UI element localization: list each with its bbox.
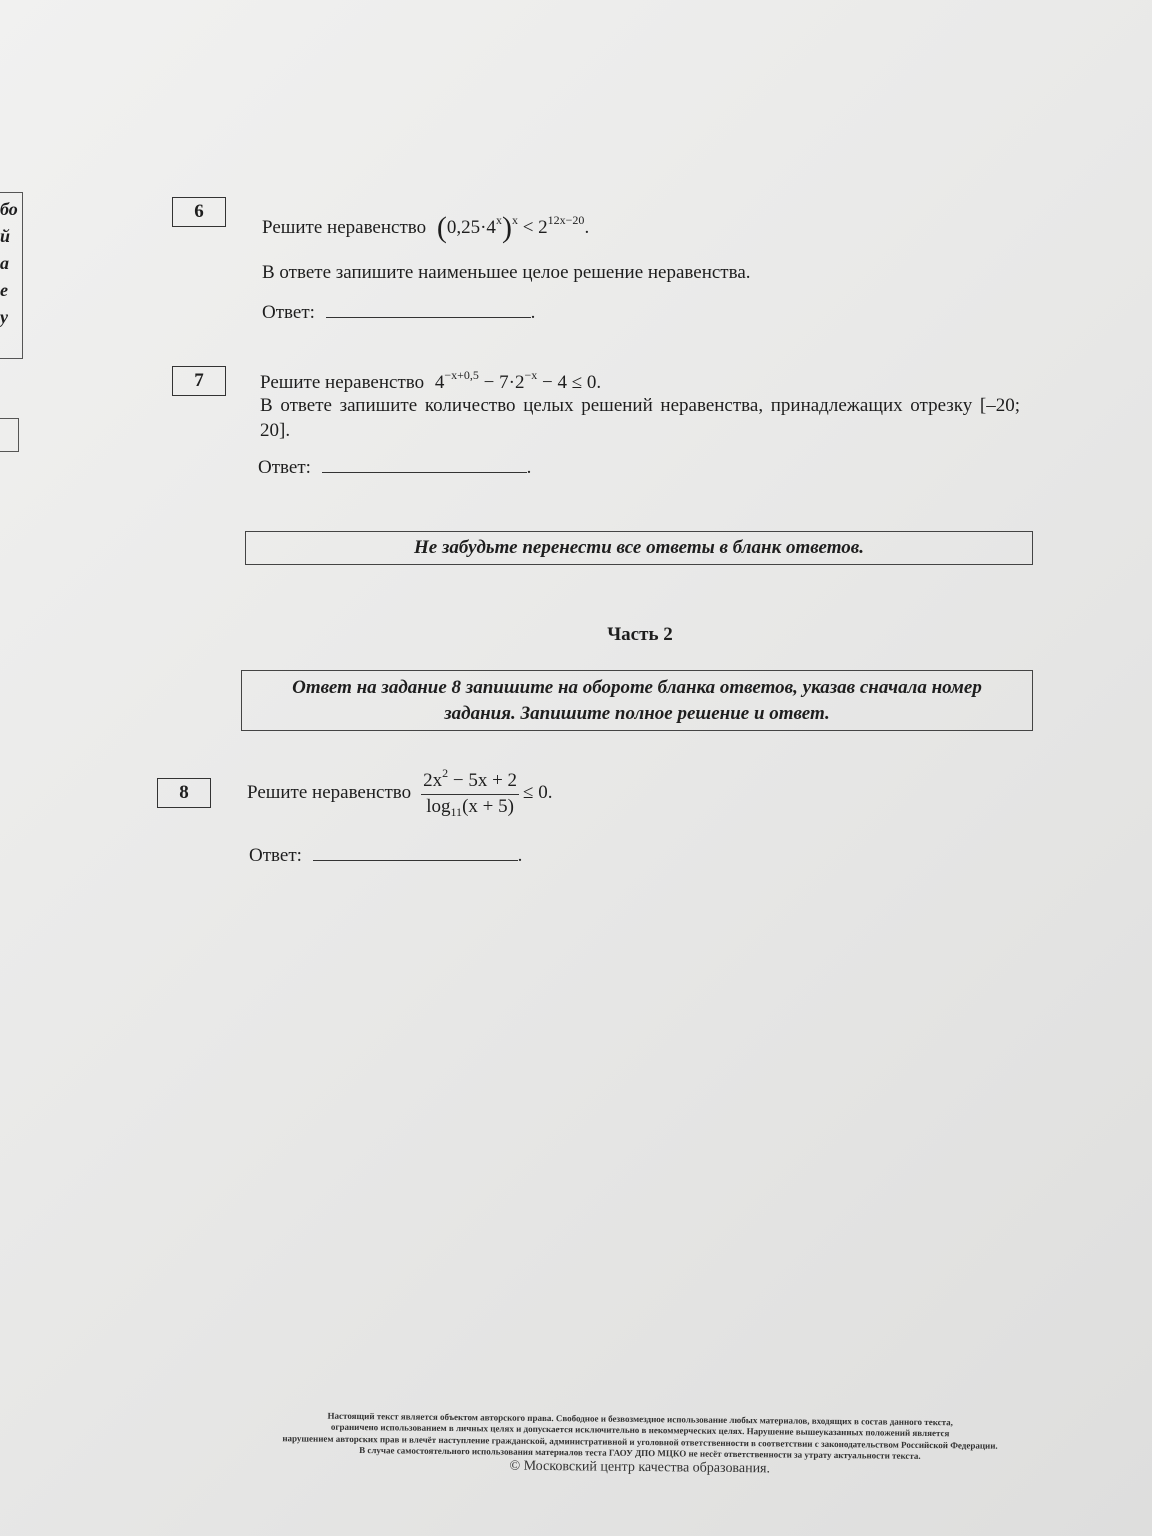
answer-label: Ответ: bbox=[262, 302, 315, 323]
task-number-8: 8 bbox=[157, 778, 211, 808]
formula-term: − 4 ≤ 0. bbox=[537, 372, 601, 393]
formula-exp: x bbox=[512, 213, 518, 227]
task-number-label: 8 bbox=[179, 782, 189, 804]
formula-term: 4 bbox=[435, 372, 445, 393]
prompt-text: Решите неравенство bbox=[247, 781, 411, 806]
task-8-answer: Ответ: . bbox=[249, 842, 522, 869]
task-number-label: 7 bbox=[194, 370, 204, 392]
numerator-term: − 5x + 2 bbox=[448, 770, 517, 791]
task-7-formula: 4−x+0,5 − 7·2−x − 4 ≤ 0. bbox=[435, 372, 601, 393]
fragment-letter: а bbox=[0, 250, 18, 277]
task-7-instruction: В ответе запишите количество целых решен… bbox=[260, 394, 1020, 443]
transfer-answers-notice: Не забудьте перенести все ответы в бланк… bbox=[245, 531, 1033, 565]
answer-field[interactable] bbox=[326, 299, 531, 318]
fraction-numerator: 2x2 − 5x + 2 bbox=[421, 766, 519, 795]
paren-open: ( bbox=[437, 211, 447, 244]
task-7-answer: Ответ: . bbox=[258, 454, 531, 481]
formula-term: − 7·2 bbox=[479, 372, 525, 393]
part-2-notice: Ответ на задание 8 запишите на обороте б… bbox=[241, 670, 1033, 731]
fragment-letter: й bbox=[0, 223, 18, 250]
formula-end: . bbox=[584, 217, 589, 238]
copyright-footer: Настоящий текст является объектом авторс… bbox=[230, 1410, 1051, 1481]
formula-relation: < 2 bbox=[523, 217, 548, 238]
prompt-text: Решите неравенство bbox=[260, 372, 424, 393]
task-6-prompt: Решите неравенство (0,25·4x)x < 212x−20. bbox=[262, 208, 589, 247]
task-6-answer: Ответ: . bbox=[262, 287, 535, 326]
answer-field[interactable] bbox=[313, 842, 518, 861]
task-6-formula: (0,25·4x)x < 212x−20. bbox=[437, 217, 589, 238]
denominator-arg: (x + 5) bbox=[462, 796, 514, 817]
task-number-label: 6 bbox=[194, 201, 204, 223]
formula-inner: 0,25·4 bbox=[447, 217, 496, 238]
denominator-log: log bbox=[426, 796, 450, 817]
task-8-fraction: 2x2 − 5x + 2 log11(x + 5) bbox=[421, 766, 519, 820]
fragment-letter: бо bbox=[0, 196, 18, 223]
part-2-heading: Часть 2 bbox=[540, 624, 740, 646]
fragment-letter: у bbox=[0, 304, 18, 331]
fraction-denominator: log11(x + 5) bbox=[424, 795, 516, 821]
paren-close: ) bbox=[502, 211, 512, 244]
formula-exp: −x bbox=[524, 368, 537, 382]
left-page-fragment-box-2 bbox=[0, 418, 19, 452]
answer-label: Ответ: bbox=[249, 845, 302, 866]
task-number-6: 6 bbox=[172, 197, 226, 227]
formula-relation: ≤ 0. bbox=[523, 781, 552, 806]
left-page-fragment-text: бо й а е у bbox=[0, 196, 18, 331]
task-8-prompt: Решите неравенство 2x2 − 5x + 2 log11(x … bbox=[247, 766, 552, 820]
answer-field[interactable] bbox=[322, 454, 527, 473]
task-number-7: 7 bbox=[172, 366, 226, 396]
formula-exp: −x+0,5 bbox=[444, 368, 479, 382]
denominator-base: 11 bbox=[451, 805, 463, 819]
prompt-text: Решите неравенство bbox=[262, 217, 426, 238]
answer-label: Ответ: bbox=[258, 457, 311, 478]
task-7-prompt: Решите неравенство 4−x+0,5 − 7·2−x − 4 ≤… bbox=[260, 368, 601, 396]
task-6-instruction: В ответе запишите наименьшее целое решен… bbox=[262, 261, 751, 286]
fragment-letter: е bbox=[0, 277, 18, 304]
formula-exp: 12x−20 bbox=[548, 213, 585, 227]
numerator-term: 2x bbox=[423, 770, 442, 791]
